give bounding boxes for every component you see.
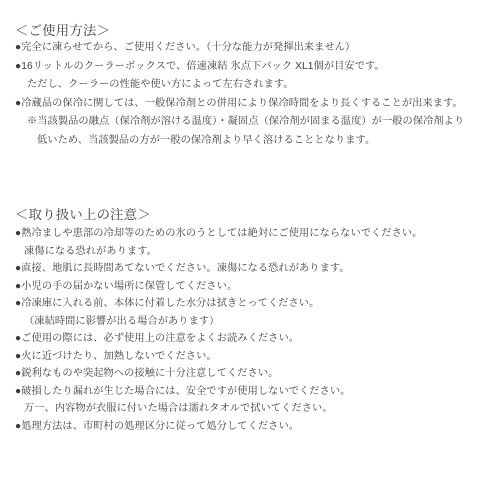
precautions-lines: ●熱冷ましや患部の冷却等のための氷のうとしては絶対にご使用にならないでください。… bbox=[15, 225, 470, 435]
usage-line-combined-use: ●冷蔵品の保冷に関しては、一般保冷剤との併用により保冷時間をより長くすることが出… bbox=[15, 95, 470, 114]
precaution-line-sharp-objects: ●鋭利なものや突起物への接触に十分注意してください。 bbox=[15, 365, 470, 383]
precaution-line-read-instructions: ●ご使用の際には、必ず使用上の注意をよくお読みください。 bbox=[15, 330, 470, 348]
precaution-line-freezing-time-note: （凍結時間に影響が出る場合があります） bbox=[15, 313, 470, 331]
usage-line-cooler-note: ただし、クーラーの性能や使い方によって左右されます。 bbox=[15, 76, 470, 95]
usage-section: ＜ご使用方法＞ ●完全に凍らせてから、ご使用ください。（十分な能力が発揮出来ませ… bbox=[15, 22, 470, 150]
precaution-line-keep-from-children: ●小児の手の届かない場所に保管してください。 bbox=[15, 278, 470, 296]
usage-line-melting-point-note: ※当該製品の融点（保冷剤が溶ける温度）・凝固点（保冷剤が固まる温度）が一般の保冷… bbox=[15, 113, 470, 132]
precaution-line-damage-leak: ●破損したり漏れが生じた場合には、安全ですが使用しないでください。 bbox=[15, 383, 470, 401]
precaution-line-no-fire: ●火に近づけたり、加熱しないでください。 bbox=[15, 348, 470, 366]
precaution-line-no-skin-contact: ●直接、地肌に長時間あてないでください。凍傷になる恐れがあります。 bbox=[15, 260, 470, 278]
precautions-section: ＜取り扱い上の注意＞ ●熱冷ましや患部の冷却等のための氷のうとしては絶対にご使用… bbox=[15, 206, 470, 435]
precaution-line-frostbite-risk: 凍傷になる恐れがあります。 bbox=[15, 243, 470, 261]
usage-line-freeze-fully: ●完全に凍らせてから、ご使用ください。（十分な能力が発揮出来ません） bbox=[15, 39, 470, 58]
precaution-line-wet-towel: 万一、内容物が衣服に付いた場合は濡れタオルで拭いてください。 bbox=[15, 400, 470, 418]
precaution-line-wipe-moisture: ●冷凍庫に入れる前、本体に付着した水分は拭きとってください。 bbox=[15, 295, 470, 313]
usage-line-melting-point-note-cont: 低いため、当該製品の方が一般の保冷剤より早く溶けることとなります。 bbox=[15, 132, 470, 151]
precautions-section-title: ＜取り扱い上の注意＞ bbox=[15, 206, 470, 223]
usage-line-cooler-guideline: ●16リットルのクーラーボックスで、倍速凍結 氷点下パック XL1個が目安です。 bbox=[15, 58, 470, 77]
precaution-line-no-medical-use: ●熱冷ましや患部の冷却等のための氷のうとしては絶対にご使用にならないでください。 bbox=[15, 225, 470, 243]
precaution-line-disposal: ●処理方法は、市町村の処理区分に従って処分してください。 bbox=[15, 418, 470, 436]
usage-section-title: ＜ご使用方法＞ bbox=[15, 22, 470, 39]
usage-lines: ●完全に凍らせてから、ご使用ください。（十分な能力が発揮出来ません） ●16リッ… bbox=[15, 39, 470, 150]
instruction-sheet: ＜ご使用方法＞ ●完全に凍らせてから、ご使用ください。（十分な能力が発揮出来ませ… bbox=[0, 0, 480, 480]
